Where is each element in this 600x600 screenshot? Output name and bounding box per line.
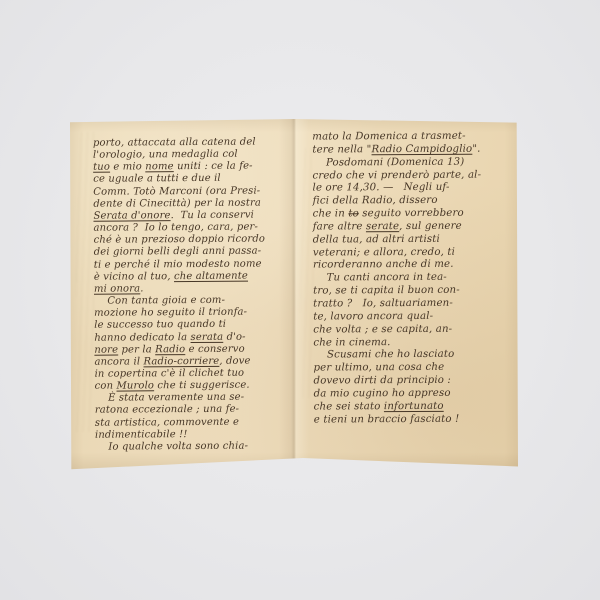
handwriting-line: ricorderanno anche di me. bbox=[313, 259, 513, 273]
handwriting-line: tro, se ti capita il buon con- bbox=[313, 285, 513, 299]
handwriting-line: veterani; e allora, credo, ti bbox=[313, 246, 513, 260]
handwriting-line: Io qualche volta sono chia- bbox=[95, 440, 301, 454]
handwriting-line: da mio cugino ho appreso bbox=[314, 387, 514, 401]
ink-showthrough-smudge bbox=[76, 132, 94, 432]
handwriting-line: fici della Radio, dissero bbox=[313, 195, 513, 209]
handwriting-line: per ultimo, una cosa che bbox=[313, 362, 513, 376]
handwriting-line: e tieni un braccio fasciato ! bbox=[314, 413, 514, 427]
handwriting-line: che in to seguito vorrebbero bbox=[313, 208, 513, 222]
handwriting-line: Scusami che ho lasciato bbox=[313, 349, 513, 363]
handwriting-line: Posdomani (Domenica 13) bbox=[312, 156, 512, 170]
handwriting-line: fare altre serate, sul genere bbox=[313, 220, 513, 234]
handwriting-line: che in cinema. bbox=[313, 336, 513, 350]
handwriting-line: le ore 14,30. — Negli uf- bbox=[312, 182, 512, 196]
letter-right-page: mato la Domenica a trasmet-tere nella "R… bbox=[312, 130, 514, 426]
handwriting-line: credo che vi prenderò parte, al- bbox=[312, 169, 512, 183]
handwriting-line: Tu canti ancora in tea- bbox=[313, 272, 513, 286]
handwriting-line: dovevo dirti da principio : bbox=[314, 375, 514, 389]
handwriting-line: mato la Domenica a trasmet- bbox=[312, 130, 512, 144]
handwriting-line: che volta ; e se capita, an- bbox=[313, 323, 513, 337]
letter-left-page: porto, attaccata alla catena dell'orolog… bbox=[93, 136, 301, 453]
photo-background: porto, attaccata alla catena dell'orolog… bbox=[0, 0, 600, 600]
letter-paper: porto, attaccata alla catena dell'orolog… bbox=[70, 118, 518, 470]
handwriting-line: della tua, ad altri artisti bbox=[313, 233, 513, 247]
handwriting-line: che sei stato infortunato bbox=[314, 400, 514, 414]
handwriting-line: te, lavoro ancora qual- bbox=[313, 310, 513, 324]
handwriting-line: tere nella "Radio Campidoglio". bbox=[312, 143, 512, 157]
handwriting-line: tratto ? Io, saltuariamen- bbox=[313, 297, 513, 311]
